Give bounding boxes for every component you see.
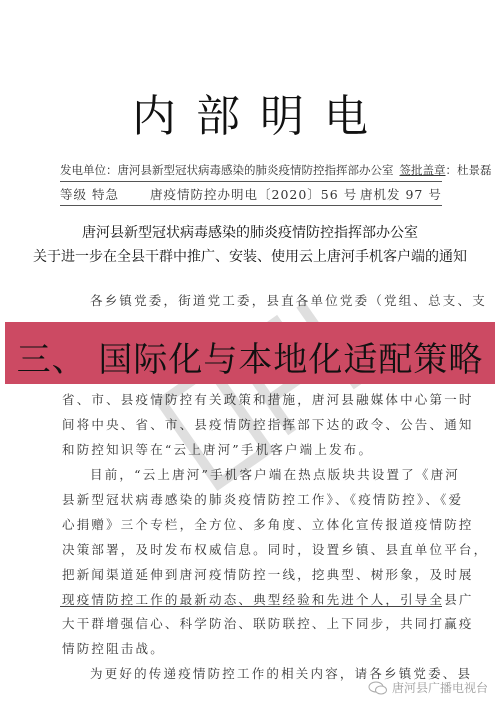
signer: ：杜景磊 xyxy=(446,162,492,178)
body-line: 和防控知识等在“云上唐河”手机客户端上发布。 xyxy=(62,437,442,462)
doc-number: 唐疫情防控办明电〔2020〕56 号 xyxy=(150,185,360,203)
grade: 等级 特急 xyxy=(60,185,150,203)
signer-label: 签批盖章 xyxy=(400,162,446,178)
body-line: 情防控阻击战。 xyxy=(62,636,442,661)
banner-title: 三、 国际化与本地化适配策略 xyxy=(17,326,484,381)
source-label: 唐河县广播电视台 xyxy=(392,679,488,696)
issuer: 唐河县新型冠状病毒感染的肺炎疫情防控指挥部办公室 xyxy=(118,162,394,178)
body-paragraph-1: 各乡镇党委，街道党工委，县直各单位党委（党组、总支、支 xyxy=(62,288,442,313)
body-line: 间将中央、省、市、县疫情防控指挥部下达的政令、公告、通知 xyxy=(62,412,442,437)
page-title: 内部明电 xyxy=(0,80,500,144)
body-line: 省、市、县疫情防控有关政策和措施，唐河县融媒体中心第一时 xyxy=(62,387,442,412)
serial-number: 唐机发 97 号 xyxy=(360,185,442,203)
doc-heading-line1: 唐河县新型冠状病毒感染的肺炎疫情防控指挥部办公室 xyxy=(0,222,500,242)
doc-heading-line2: 关于进一步在全县干群中推广、安装、使用云上唐河手机客户端的通知 xyxy=(0,246,500,266)
body-line: 大干群增强信心、科学防治、联防联控、上下同步，共同打赢疫 xyxy=(62,611,442,636)
body-line: 现疫情防控工作的最新动态、典型经验和先进个人，引导全县广 xyxy=(62,587,442,612)
body-line: 县新型冠状病毒感染的肺炎疫情防控工作》、《疫情防控》、《爱 xyxy=(62,487,442,512)
page-divider xyxy=(60,606,442,607)
body-line: 心捐赠》三个专栏，全方位、多角度、立体化宣传报道疫情防控 xyxy=(62,512,442,537)
wechat-icon xyxy=(368,681,388,695)
doc-info-row: 等级 特急 唐疫情防控办明电〔2020〕56 号 唐机发 97 号 xyxy=(60,182,442,206)
section-banner: 三、 国际化与本地化适配策略 xyxy=(5,322,495,384)
body-line: 目前，“云上唐河”手机客户端在热点版块共设置了《唐河 xyxy=(62,462,442,487)
body-paragraph-3: 大干群增强信心、科学防治、联防联控、上下同步，共同打赢疫 情防控阻击战。 为更好… xyxy=(62,611,442,686)
body-paragraph-2: 省、市、县疫情防控有关政策和措施，唐河县融媒体中心第一时 间将中央、省、市、县疫… xyxy=(62,387,442,612)
issuer-label: 发电单位： xyxy=(60,162,118,178)
issuer-row: 发电单位： 唐河县新型冠状病毒感染的肺炎疫情防控指挥部办公室 签批盖章 ：杜景磊 xyxy=(60,160,442,182)
body-line: 各乡镇党委，街道党工委，县直各单位党委（党组、总支、支 xyxy=(62,288,442,313)
body-line: 把新闻渠道延伸到唐河疫情防控一线，挖典型、树形象，及时展 xyxy=(62,562,442,587)
source-watermark: 唐河县广播电视台 xyxy=(368,679,488,696)
body-line: 决策部署，及时发布权威信息。同时，设置乡镇、县直单位平台， xyxy=(62,537,442,562)
